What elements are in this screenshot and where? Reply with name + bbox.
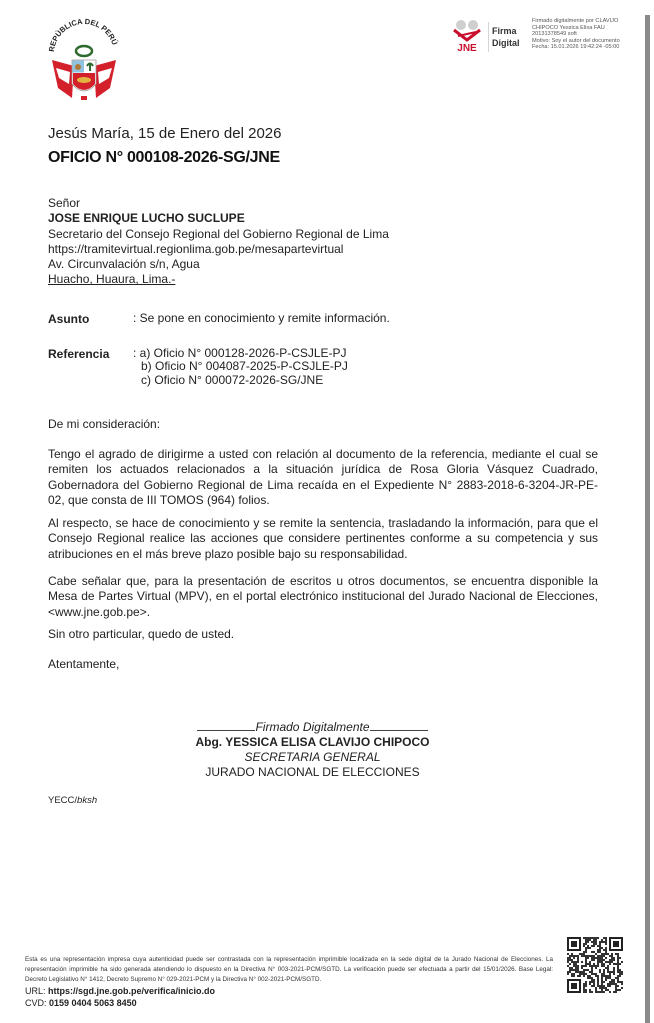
jne-logo-icon: JNE — [450, 18, 484, 54]
signature-meta-line: CHIPOCO Yessica Elisa FAU — [532, 25, 642, 32]
place-date: Jesús María, 15 de Enero del 2026 — [48, 125, 281, 142]
initials-author: YECC/ — [48, 795, 77, 806]
footer-cvd-line: CVD: 0159 0404 5063 8450 — [25, 998, 137, 1008]
url-label: URL: — [25, 986, 48, 996]
firma-label-line2: Digital — [492, 37, 520, 49]
referencia-item: c) Oficio N° 000072-2026-SG/JNE — [141, 374, 323, 387]
asunto-value: : Se pone en conocimiento y remite infor… — [133, 312, 390, 325]
recipient-city: Huacho, Huaura, Lima.- — [48, 272, 389, 287]
signature-underline — [370, 729, 428, 731]
oficio-number: OFICIO N° 000108-2026-SG/JNE — [48, 149, 280, 167]
body-paragraph: Al respecto, se hace de conocimiento y s… — [48, 516, 598, 562]
recipient-address: Av. Circunvalación s/n, Agua — [48, 257, 389, 272]
digital-signature-stamp: JNE Firma Digital Firmado digitalmente p… — [450, 18, 640, 58]
referencia-item: b) Oficio N° 004087-2025-P-CSJLE-PJ — [141, 360, 348, 373]
body-paragraph: Tengo el agrado de dirigirme a usted con… — [48, 447, 598, 509]
signatory-institution: JURADO NACIONAL DE ELECCIONES — [180, 765, 445, 780]
signatory-name: Abg. YESSICA ELISA CLAVIJO CHIPOCO — [180, 735, 445, 750]
divider — [488, 22, 489, 52]
signature-meta-line: 20131378549 soft — [532, 31, 642, 38]
signature-meta-line: Fecha: 15.01.2026 19:42:24 -05:00 — [532, 44, 642, 51]
recipient-salutation: Señor — [48, 196, 389, 211]
signature-block: Firmado Digitalmente Abg. YESSICA ELISA … — [180, 720, 445, 780]
body-paragraph: Cabe señalar que, para la presentación d… — [48, 574, 598, 620]
signature-underline — [197, 729, 255, 731]
svg-text:JNE: JNE — [457, 43, 477, 54]
reference-initials: YECC/bksh — [48, 795, 97, 806]
signed-digitally-label: Firmado Digitalmente — [255, 720, 369, 734]
peru-coat-of-arms-icon: REPÚBLICA DEL PERÚ — [44, 18, 124, 108]
signatory-role: SECRETARIA GENERAL — [180, 750, 445, 765]
signature-meta-line: Motivo: Soy el autor del documento — [532, 38, 642, 45]
recipient-name: JOSE ENRIQUE LUCHO SUCLUPE — [48, 211, 389, 226]
closing: Atentamente, — [48, 657, 598, 672]
signature-metadata: Firmado digitalmente por CLAVIJO CHIPOCO… — [532, 18, 642, 51]
footer-notice: Esta es una representación impresa cuya … — [25, 955, 553, 986]
firma-label-line1: Firma — [492, 25, 520, 37]
recipient-block: Señor JOSE ENRIQUE LUCHO SUCLUPE Secreta… — [48, 196, 389, 288]
cvd-code: 0159 0404 5063 8450 — [49, 998, 137, 1008]
asunto-label: Asunto — [48, 312, 89, 326]
footer-url-line: URL: https://sgd.jne.gob.pe/verifica/ini… — [25, 986, 215, 996]
signature-meta-line: Firmado digitalmente por CLAVIJO — [532, 18, 642, 25]
page-edge-scrollbar — [645, 15, 650, 1023]
qr-code-icon — [567, 937, 623, 993]
signed-digitally-line: Firmado Digitalmente — [180, 720, 445, 735]
recipient-url[interactable]: https://tramitevirtual.regionlima.gob.pe… — [48, 242, 389, 257]
initials-typist: bksh — [77, 795, 97, 806]
verification-url[interactable]: https://sgd.jne.gob.pe/verifica/inicio.d… — [48, 986, 215, 996]
firma-digital-label: Firma Digital — [492, 25, 520, 49]
body-paragraph: Sin otro particular, quedo de usted. — [48, 627, 598, 642]
referencia-label: Referencia — [48, 347, 109, 361]
cvd-label: CVD: — [25, 998, 49, 1008]
recipient-position: Secretario del Consejo Regional del Gobi… — [48, 227, 389, 242]
greeting: De mi consideración: — [48, 417, 598, 432]
